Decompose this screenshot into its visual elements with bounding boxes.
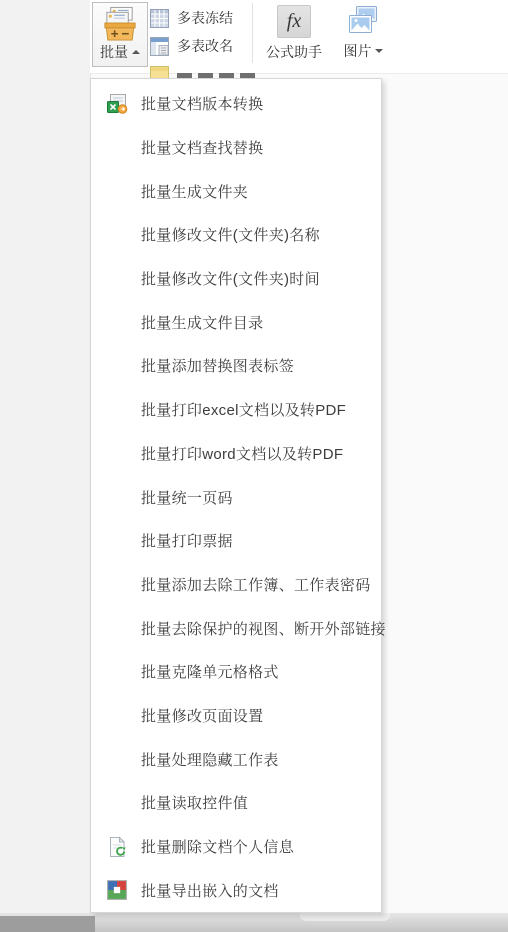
- rename-table-icon: [150, 37, 169, 56]
- menu-item-icon-slot: [105, 441, 129, 465]
- export-embedded-icon: [105, 878, 129, 902]
- menu-item[interactable]: 批量文档版本转换: [91, 82, 381, 126]
- menu-item-label: 批量生成文件目录: [141, 312, 263, 333]
- menu-item-icon-slot: [105, 572, 129, 596]
- picture-button-label: 图片: [344, 41, 372, 61]
- menu-item[interactable]: 批量文档查找替换: [91, 126, 381, 170]
- menu-item-label: 批量生成文件夹: [141, 181, 248, 202]
- multi-sheet-rename-label: 多表改名: [177, 36, 233, 56]
- menu-item[interactable]: 批量修改文件(文件夹)时间: [91, 257, 381, 301]
- picture-icon: [348, 5, 378, 37]
- menu-item-label: 批量删除文档个人信息: [141, 836, 294, 857]
- multi-sheet-freeze-label: 多表冻结: [177, 8, 233, 28]
- menu-item-icon-slot: [105, 485, 129, 509]
- menu-item-icon-slot: [105, 529, 129, 553]
- toolbar-separator: [252, 3, 253, 63]
- menu-item[interactable]: 批量打印excel文档以及转PDF: [91, 388, 381, 432]
- menu-item[interactable]: 批量添加替换图表标签: [91, 344, 381, 388]
- excel-convert-icon: [105, 92, 129, 116]
- picture-button-label-row: 图片: [344, 41, 383, 61]
- batch-button-label: 批量: [100, 42, 128, 62]
- menu-item-label: 批量文档查找替换: [141, 137, 263, 158]
- menu-item[interactable]: 批量打印word文档以及转PDF: [91, 432, 381, 476]
- menu-item-label: 批量处理隐藏工作表: [141, 749, 279, 770]
- menu-item[interactable]: 批量修改页面设置: [91, 694, 381, 738]
- menu-item[interactable]: 批量打印票据: [91, 519, 381, 563]
- menu-item-label: 批量修改文件(文件夹)名称: [141, 224, 320, 245]
- batch-button-label-row: 批量: [100, 42, 140, 66]
- menu-item-label: 批量添加替换图表标签: [141, 355, 294, 376]
- batch-dropdown-menu: 批量文档版本转换 批量文档查找替换 批量生成文件夹 批量修改文件(文件夹)名称 …: [90, 78, 382, 913]
- menu-item-icon-slot: [105, 136, 129, 160]
- menu-item-icon-slot: [105, 398, 129, 422]
- menu-item-icon-slot: [105, 223, 129, 247]
- chevron-down-icon: [375, 49, 383, 53]
- bottom-edge-dark-segment: [0, 916, 95, 932]
- formula-fx-icon: fx: [277, 5, 311, 38]
- menu-item-label: 批量读取控件值: [141, 792, 248, 813]
- left-gutter: [0, 0, 91, 932]
- menu-item[interactable]: 批量生成文件目录: [91, 300, 381, 344]
- menu-item-icon-slot: [105, 703, 129, 727]
- app-screen: 批量 多表冻结 多表改名: [0, 0, 508, 932]
- batch-menu-button[interactable]: 批量: [92, 2, 148, 67]
- multi-sheet-freeze-button[interactable]: 多表冻结: [150, 7, 233, 29]
- menu-item-label: 批量去除保护的视图、断开外部链接: [141, 618, 386, 639]
- menu-item[interactable]: 批量去除保护的视图、断开外部链接: [91, 606, 381, 650]
- menu-item-label: 批量文档版本转换: [141, 93, 263, 114]
- menu-item[interactable]: 批量统一页码: [91, 475, 381, 519]
- menu-item-label: 批量修改页面设置: [141, 705, 263, 726]
- menu-item[interactable]: 批量添加去除工作簿、工作表密码: [91, 563, 381, 607]
- batch-archive-icon: [102, 5, 138, 42]
- menu-item[interactable]: 批量导出嵌入的文档: [91, 868, 381, 912]
- menu-item-label: 批量打印票据: [141, 530, 233, 551]
- menu-item-label: 批量克隆单元格格式: [141, 661, 279, 682]
- bottom-edge-highlight: [300, 913, 390, 921]
- picture-button[interactable]: 图片: [336, 2, 390, 66]
- menu-item[interactable]: 批量克隆单元格格式: [91, 650, 381, 694]
- menu-item-icon-slot: [105, 616, 129, 640]
- menu-item-label: 批量修改文件(文件夹)时间: [141, 268, 320, 289]
- menu-item[interactable]: 批量生成文件夹: [91, 169, 381, 213]
- menu-item-icon-slot: [105, 179, 129, 203]
- menu-item[interactable]: 批量删除文档个人信息: [91, 825, 381, 869]
- menu-item-icon-slot: [105, 267, 129, 291]
- menu-item-icon-slot: [105, 791, 129, 815]
- menu-item-icon-slot: [105, 660, 129, 684]
- menu-item-label: 批量统一页码: [141, 487, 233, 508]
- menu-item-icon-slot: [105, 747, 129, 771]
- multi-sheet-rename-button[interactable]: 多表改名: [150, 35, 233, 57]
- menu-item-label: 批量打印word文档以及转PDF: [141, 443, 343, 464]
- menu-item[interactable]: 批量读取控件值: [91, 781, 381, 825]
- menu-item-label: 批量导出嵌入的文档: [141, 880, 279, 901]
- menu-item-label: 批量添加去除工作簿、工作表密码: [141, 574, 371, 595]
- chevron-up-icon: [132, 50, 140, 54]
- doc-cleanup-icon: [105, 835, 129, 859]
- menu-item[interactable]: 批量处理隐藏工作表: [91, 737, 381, 781]
- freeze-grid-icon: [150, 9, 169, 28]
- menu-item[interactable]: 批量修改文件(文件夹)名称: [91, 213, 381, 257]
- formula-assistant-label: 公式助手: [266, 42, 322, 62]
- formula-assistant-button[interactable]: fx 公式助手: [258, 2, 330, 66]
- bottom-window-edge: [0, 913, 508, 932]
- menu-item-icon-slot: [105, 354, 129, 378]
- menu-item-icon-slot: [105, 310, 129, 334]
- menu-item-label: 批量打印excel文档以及转PDF: [141, 399, 346, 420]
- ribbon-toolbar: 批量 多表冻结 多表改名: [90, 0, 508, 74]
